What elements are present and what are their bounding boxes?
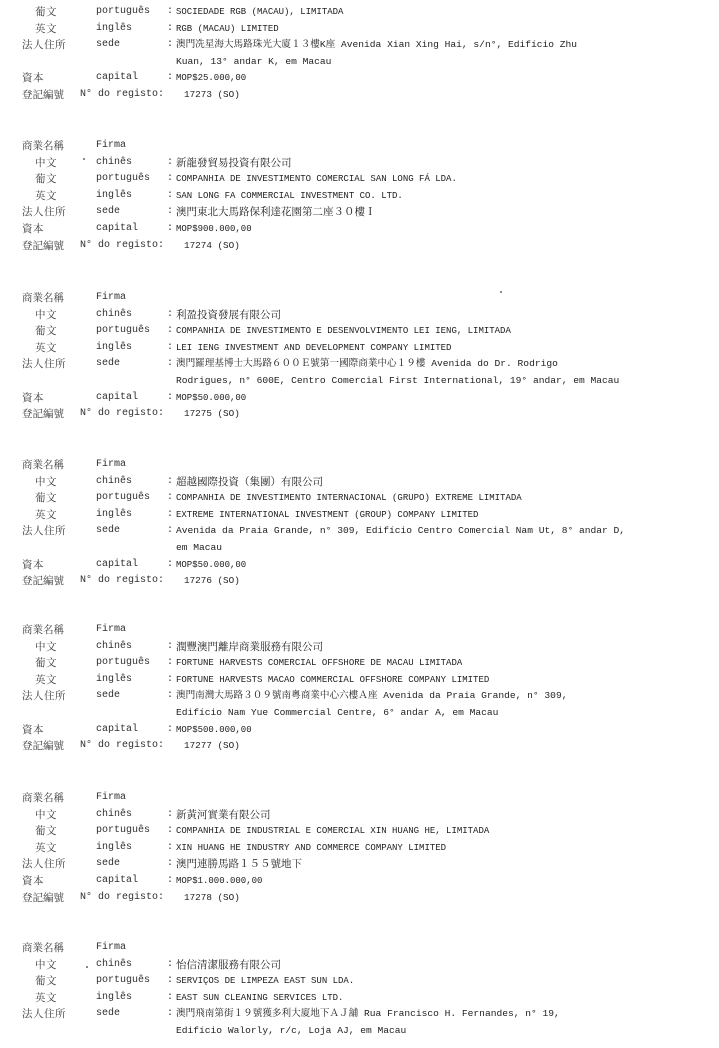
colon: : xyxy=(167,655,173,672)
colon: : xyxy=(167,155,173,172)
firma-row: 商業名稱 Firma xyxy=(0,940,719,957)
portugues-zh-label: 葡文 xyxy=(35,655,57,672)
capital-pt-label: capital xyxy=(96,70,138,87)
capital-value: MOP$500.000,00 xyxy=(176,722,252,739)
ingles-zh-label: 英文 xyxy=(35,507,57,524)
ingles-zh-label: 英文 xyxy=(35,840,57,857)
sede-pt-label: sede xyxy=(96,204,120,221)
chines-zh-label: 中文 xyxy=(35,639,57,656)
ingles-row: 英文 inglês : FORTUNE HARVESTS MACAO COMME… xyxy=(0,672,719,689)
registo-row: 登記編號 N° do registo: 17275 (SO) xyxy=(0,406,719,423)
chines-name: 潤豐澳門離岸商業服務有限公司 xyxy=(176,639,323,656)
sede-zh-label: 法人住所 xyxy=(22,37,66,54)
ingles-zh-label: 英文 xyxy=(35,188,57,205)
colon: : xyxy=(167,356,173,373)
registo-pt-label: N° do registo: xyxy=(80,87,164,104)
chines-name: 新龍發貿易投資有限公司 xyxy=(176,155,292,172)
registo-zh-label: 登記編號 xyxy=(22,238,64,255)
colon: : xyxy=(167,171,173,188)
colon: : xyxy=(167,323,173,340)
chines-row: 中文 chinês : 潤豐澳門離岸商業服務有限公司 xyxy=(0,639,719,656)
colon: : xyxy=(167,957,173,974)
chines-zh-label: 中文 xyxy=(35,807,57,824)
portugues-zh-label: 葡文 xyxy=(35,171,57,188)
ingles-pt-label: inglês xyxy=(96,990,132,1007)
chines-name: 怡信清潔服務有限公司 xyxy=(176,957,281,974)
sede-address-line-2: Edifício Nam Yue Commercial Centre, 6° a… xyxy=(176,705,498,722)
ingles-name: SAN LONG FA COMMERCIAL INVESTMENT CO. LT… xyxy=(176,188,403,205)
colon: : xyxy=(167,722,173,739)
portugues-pt-label: português xyxy=(96,655,150,672)
chines-zh-label: 中文 xyxy=(35,474,57,491)
sede-row: 法人住所 sede : 澳門南灣大馬路３０９號南粵商業中心六樓Ａ座 Avenid… xyxy=(0,688,719,705)
company-entry-17278: 商業名稱 Firma 中文 chinês : 新黃河實業有限公司 葡文 port… xyxy=(0,790,719,906)
colon: : xyxy=(167,840,173,857)
portugues-name: COMPANHIA DE INVESTIMENTO E DESENVOLVIME… xyxy=(176,323,511,340)
scan-speck xyxy=(83,158,85,160)
portugues-row: 葡文 português : COMPANHIA DE INVESTIMENTO… xyxy=(0,490,719,507)
capital-pt-label: capital xyxy=(96,722,138,739)
firma-pt-label: Firma xyxy=(96,290,126,307)
capital-row: 資本 capital : MOP$1.000.000,00 xyxy=(0,873,719,890)
ingles-name: LEI IENG INVESTMENT AND DEVELOPMENT COMP… xyxy=(176,340,451,357)
portugues-name: COMPANHIA DE INDUSTRIAL E COMERCIAL XIN … xyxy=(176,823,489,840)
colon: : xyxy=(167,21,173,38)
chines-name: 利盈投資發展有限公司 xyxy=(176,307,281,324)
firma-row: 商業名稱 Firma xyxy=(0,622,719,639)
firma-pt-label: Firma xyxy=(96,457,126,474)
ingles-row: 英文 inglês : RGB (MACAU) LIMITED xyxy=(0,21,719,38)
ingles-zh-label: 英文 xyxy=(35,990,57,1007)
sede-row-continued: em Macau xyxy=(0,540,719,557)
sede-address-line-2: Edifício Walorly, r/c, Loja AJ, em Macau xyxy=(176,1023,406,1040)
ingles-pt-label: inglês xyxy=(96,507,132,524)
capital-pt-label: capital xyxy=(96,557,138,574)
colon: : xyxy=(167,490,173,507)
sede-zh-label: 法人住所 xyxy=(22,1006,66,1023)
portugues-zh-label: 葡文 xyxy=(35,973,57,990)
chines-pt-label: chinês xyxy=(96,807,132,824)
registo-row: 登記編號 N° do registo: 17276 (SO) xyxy=(0,573,719,590)
registo-row: 登記編號 N° do registo: 17278 (SO) xyxy=(0,890,719,907)
ingles-pt-label: inglês xyxy=(96,188,132,205)
ingles-row: 英文 inglês : EAST SUN CLEANING SERVICES L… xyxy=(0,990,719,1007)
sede-row-continued: Kuan, 13° andar K, em Macau xyxy=(0,54,719,71)
sede-address-line-1: 澳門連勝馬路１５５號地下 xyxy=(176,856,302,873)
ingles-name: FORTUNE HARVESTS MACAO COMMERCIAL OFFSHO… xyxy=(176,672,489,689)
firma-zh-label: 商業名稱 xyxy=(22,138,64,155)
portugues-name: COMPANHIA DE INVESTIMENTO INTERNACIONAL … xyxy=(176,490,522,507)
chines-pt-label: chinês xyxy=(96,639,132,656)
registo-row: 登記編號 N° do registo: 17273 (SO) xyxy=(0,87,719,104)
sede-address-line-1: Avenida da Praia Grande, n° 309, Edifíci… xyxy=(176,523,625,540)
portugues-row: 葡文 português : SERVIÇOS DE LIMPEZA EAST … xyxy=(0,973,719,990)
registo-number: 17273 (SO) xyxy=(184,87,240,104)
colon: : xyxy=(167,639,173,656)
firma-pt-label: Firma xyxy=(96,790,126,807)
registo-number: 17275 (SO) xyxy=(184,406,240,423)
firma-pt-label: Firma xyxy=(96,622,126,639)
portugues-row: 葡文 português : SOCIEDADE RGB (MACAU), LI… xyxy=(0,4,719,21)
sede-zh-label: 法人住所 xyxy=(22,688,66,705)
chines-row: 中文 chinês : 怡信清潔服務有限公司 xyxy=(0,957,719,974)
portugues-name: FORTUNE HARVESTS COMERCIAL OFFSHORE DE M… xyxy=(176,655,462,672)
capital-row: 資本 capital : MOP$900.000,00 xyxy=(0,221,719,238)
registo-row: 登記編號 N° do registo: 17277 (SO) xyxy=(0,738,719,755)
registo-zh-label: 登記編號 xyxy=(22,573,64,590)
capital-row: 資本 capital : MOP$500.000,00 xyxy=(0,722,719,739)
ingles-pt-label: inglês xyxy=(96,672,132,689)
capital-zh-label: 資本 xyxy=(22,70,44,87)
registo-zh-label: 登記編號 xyxy=(22,890,64,907)
sede-row: 法人住所 sede : 澳門冼星海大馬路珠光大廈１３樓K座 Avenida Xi… xyxy=(0,37,719,54)
sede-zh-label: 法人住所 xyxy=(22,856,66,873)
colon: : xyxy=(167,823,173,840)
colon: : xyxy=(167,856,173,873)
chines-row: 中文 chinês : 新黃河實業有限公司 xyxy=(0,807,719,824)
colon: : xyxy=(167,973,173,990)
ingles-pt-label: inglês xyxy=(96,21,132,38)
company-entry-east-sun: 商業名稱 Firma 中文 chinês : 怡信清潔服務有限公司 葡文 por… xyxy=(0,940,719,1040)
ingles-zh-label: 英文 xyxy=(35,21,57,38)
portugues-pt-label: português xyxy=(96,171,150,188)
sede-zh-label: 法人住所 xyxy=(22,356,66,373)
registo-number: 17278 (SO) xyxy=(184,890,240,907)
capital-zh-label: 資本 xyxy=(22,557,44,574)
sede-pt-label: sede xyxy=(96,523,120,540)
company-entry-17275: 商業名稱 Firma 中文 chinês : 利盈投資發展有限公司 葡文 por… xyxy=(0,290,719,423)
registo-number: 17274 (SO) xyxy=(184,238,240,255)
registo-number: 17276 (SO) xyxy=(184,573,240,590)
sede-row: 法人住所 sede : 澳門飛南第街１９號獲多利大廈地下ＡＪ舖 Rua Fran… xyxy=(0,1006,719,1023)
chines-row: 中文 chinês : 超越國際投資（集團）有限公司 xyxy=(0,474,719,491)
firma-zh-label: 商業名稱 xyxy=(22,940,64,957)
firma-pt-label: Firma xyxy=(96,940,126,957)
portugues-zh-label: 葡文 xyxy=(35,4,57,21)
portugues-pt-label: português xyxy=(96,973,150,990)
colon: : xyxy=(167,4,173,21)
sede-address-line-1: 澳門飛南第街１９號獲多利大廈地下ＡＪ舖 Rua Francisco H. Fer… xyxy=(176,1006,560,1023)
sede-pt-label: sede xyxy=(96,37,120,54)
registo-zh-label: 登記編號 xyxy=(22,406,64,423)
ingles-pt-label: inglês xyxy=(96,340,132,357)
firma-pt-label: Firma xyxy=(96,138,126,155)
sede-address-line-1: 澳門冼星海大馬路珠光大廈１３樓K座 Avenida Xian Xing Hai,… xyxy=(176,37,577,54)
capital-zh-label: 資本 xyxy=(22,221,44,238)
portugues-row: 葡文 português : COMPANHIA DE INVESTIMENTO… xyxy=(0,171,719,188)
ingles-row: 英文 inglês : XIN HUANG HE INDUSTRY AND CO… xyxy=(0,840,719,857)
ingles-name: XIN HUANG HE INDUSTRY AND COMMERCE COMPA… xyxy=(176,840,446,857)
ingles-zh-label: 英文 xyxy=(35,672,57,689)
sede-address-line-1: 澳門羅理基博士大馬路６００Ｅ號第一國際商業中心１９樓 Avenida do Dr… xyxy=(176,356,558,373)
portugues-pt-label: português xyxy=(96,823,150,840)
portugues-row: 葡文 português : COMPANHIA DE INDUSTRIAL E… xyxy=(0,823,719,840)
scan-speck xyxy=(500,291,502,293)
chines-row: 中文 chinês : 新龍發貿易投資有限公司 xyxy=(0,155,719,172)
company-entry-17277: 商業名稱 Firma 中文 chinês : 潤豐澳門離岸商業服務有限公司 葡文… xyxy=(0,622,719,755)
ingles-row: 英文 inglês : LEI IENG INVESTMENT AND DEVE… xyxy=(0,340,719,357)
colon: : xyxy=(167,37,173,54)
sede-row-continued: Edifício Nam Yue Commercial Centre, 6° a… xyxy=(0,705,719,722)
capital-value: MOP$900.000,00 xyxy=(176,221,252,238)
portugues-row: 葡文 português : FORTUNE HARVESTS COMERCIA… xyxy=(0,655,719,672)
capital-zh-label: 資本 xyxy=(22,722,44,739)
sede-row: 法人住所 sede : 澳門羅理基博士大馬路６００Ｅ號第一國際商業中心１９樓 A… xyxy=(0,356,719,373)
chines-zh-label: 中文 xyxy=(35,957,57,974)
colon: : xyxy=(167,557,173,574)
ingles-row: 英文 inglês : EXTREME INTERNATIONAL INVEST… xyxy=(0,507,719,524)
capital-pt-label: capital xyxy=(96,390,138,407)
firma-zh-label: 商業名稱 xyxy=(22,290,64,307)
firma-row: 商業名稱 Firma xyxy=(0,290,719,307)
ingles-zh-label: 英文 xyxy=(35,340,57,357)
ingles-name: EXTREME INTERNATIONAL INVESTMENT (GROUP)… xyxy=(176,507,478,524)
ingles-name: RGB (MACAU) LIMITED xyxy=(176,21,279,38)
capital-zh-label: 資本 xyxy=(22,390,44,407)
colon: : xyxy=(167,204,173,221)
colon: : xyxy=(167,523,173,540)
capital-pt-label: capital xyxy=(96,221,138,238)
registo-number: 17277 (SO) xyxy=(184,738,240,755)
ingles-pt-label: inglês xyxy=(96,840,132,857)
colon: : xyxy=(167,873,173,890)
portugues-pt-label: português xyxy=(96,4,150,21)
company-entry-17273: 葡文 português : SOCIEDADE RGB (MACAU), LI… xyxy=(0,4,719,104)
portugues-zh-label: 葡文 xyxy=(35,490,57,507)
colon: : xyxy=(167,340,173,357)
portugues-name: COMPANHIA DE INVESTIMENTO COMERCIAL SAN … xyxy=(176,171,457,188)
ingles-name: EAST SUN CLEANING SERVICES LTD. xyxy=(176,990,343,1007)
capital-value: MOP$50.000,00 xyxy=(176,390,246,407)
sede-address-line-2: Kuan, 13° andar K, em Macau xyxy=(176,54,331,71)
colon: : xyxy=(167,807,173,824)
sede-row: 法人住所 sede : 澳門連勝馬路１５５號地下 xyxy=(0,856,719,873)
company-entry-17276: 商業名稱 Firma 中文 chinês : 超越國際投資（集團）有限公司 葡文… xyxy=(0,457,719,590)
sede-pt-label: sede xyxy=(96,856,120,873)
colon: : xyxy=(167,1006,173,1023)
sede-zh-label: 法人住所 xyxy=(22,204,66,221)
chines-pt-label: chinês xyxy=(96,155,132,172)
company-entry-17274: 商業名稱 Firma 中文 chinês : 新龍發貿易投資有限公司 葡文 po… xyxy=(0,138,719,254)
chines-row: 中文 chinês : 利盈投資發展有限公司 xyxy=(0,307,719,324)
chines-name: 超越國際投資（集團）有限公司 xyxy=(176,474,323,491)
registo-pt-label: N° do registo: xyxy=(80,738,164,755)
sede-row-continued: Edifício Walorly, r/c, Loja AJ, em Macau xyxy=(0,1023,719,1040)
registo-pt-label: N° do registo: xyxy=(80,573,164,590)
capital-value: MOP$1.000.000,00 xyxy=(176,873,262,890)
capital-row: 資本 capital : MOP$50.000,00 xyxy=(0,390,719,407)
chines-name: 新黃河實業有限公司 xyxy=(176,807,271,824)
sede-pt-label: sede xyxy=(96,1006,120,1023)
firma-zh-label: 商業名稱 xyxy=(22,790,64,807)
portugues-pt-label: português xyxy=(96,323,150,340)
firma-row: 商業名稱 Firma xyxy=(0,790,719,807)
colon: : xyxy=(167,307,173,324)
firma-row: 商業名稱 Firma xyxy=(0,457,719,474)
sede-row-continued: Rodrigues, n° 600E, Centro Comercial Fir… xyxy=(0,373,719,390)
colon: : xyxy=(167,188,173,205)
colon: : xyxy=(167,70,173,87)
colon: : xyxy=(167,221,173,238)
registo-pt-label: N° do registo: xyxy=(80,406,164,423)
colon: : xyxy=(167,990,173,1007)
registo-pt-label: N° do registo: xyxy=(80,238,164,255)
portugues-pt-label: português xyxy=(96,490,150,507)
chines-pt-label: chinês xyxy=(96,307,132,324)
capital-zh-label: 資本 xyxy=(22,873,44,890)
chines-pt-label: chinês xyxy=(96,474,132,491)
sede-row: 法人住所 sede : Avenida da Praia Grande, n° … xyxy=(0,523,719,540)
sede-address-line-2: Rodrigues, n° 600E, Centro Comercial Fir… xyxy=(176,373,619,390)
ingles-row: 英文 inglês : SAN LONG FA COMMERCIAL INVES… xyxy=(0,188,719,205)
portugues-row: 葡文 português : COMPANHIA DE INVESTIMENTO… xyxy=(0,323,719,340)
registo-zh-label: 登記編號 xyxy=(22,87,64,104)
registo-pt-label: N° do registo: xyxy=(80,890,164,907)
sede-address-line-1: 澳門南灣大馬路３０９號南粵商業中心六樓Ａ座 Avenida da Praia G… xyxy=(176,688,567,705)
sede-address-line-1: 澳門東北大馬路保利達花園第二座３０樓Ｉ xyxy=(176,204,376,221)
sede-address-line-2: em Macau xyxy=(176,540,222,557)
capital-value: MOP$25.000,00 xyxy=(176,70,246,87)
sede-pt-label: sede xyxy=(96,688,120,705)
portugues-name: SOCIEDADE RGB (MACAU), LIMITADA xyxy=(176,4,343,21)
scan-speck xyxy=(86,966,88,968)
capital-value: MOP$50.000,00 xyxy=(176,557,246,574)
firma-zh-label: 商業名稱 xyxy=(22,622,64,639)
colon: : xyxy=(167,688,173,705)
firma-zh-label: 商業名稱 xyxy=(22,457,64,474)
capital-row: 資本 capital : MOP$50.000,00 xyxy=(0,557,719,574)
portugues-zh-label: 葡文 xyxy=(35,323,57,340)
colon: : xyxy=(167,390,173,407)
colon: : xyxy=(167,474,173,491)
chines-zh-label: 中文 xyxy=(35,307,57,324)
capital-pt-label: capital xyxy=(96,873,138,890)
portugues-zh-label: 葡文 xyxy=(35,823,57,840)
portugues-name: SERVIÇOS DE LIMPEZA EAST SUN LDA. xyxy=(176,973,354,990)
colon: : xyxy=(167,672,173,689)
capital-row: 資本 capital : MOP$25.000,00 xyxy=(0,70,719,87)
registo-zh-label: 登記編號 xyxy=(22,738,64,755)
chines-pt-label: chinês xyxy=(96,957,132,974)
registo-row: 登記編號 N° do registo: 17274 (SO) xyxy=(0,238,719,255)
sede-pt-label: sede xyxy=(96,356,120,373)
sede-zh-label: 法人住所 xyxy=(22,523,66,540)
sede-row: 法人住所 sede : 澳門東北大馬路保利達花園第二座３０樓Ｉ xyxy=(0,204,719,221)
chines-zh-label: 中文 xyxy=(35,155,57,172)
firma-row: 商業名稱 Firma xyxy=(0,138,719,155)
colon: : xyxy=(167,507,173,524)
